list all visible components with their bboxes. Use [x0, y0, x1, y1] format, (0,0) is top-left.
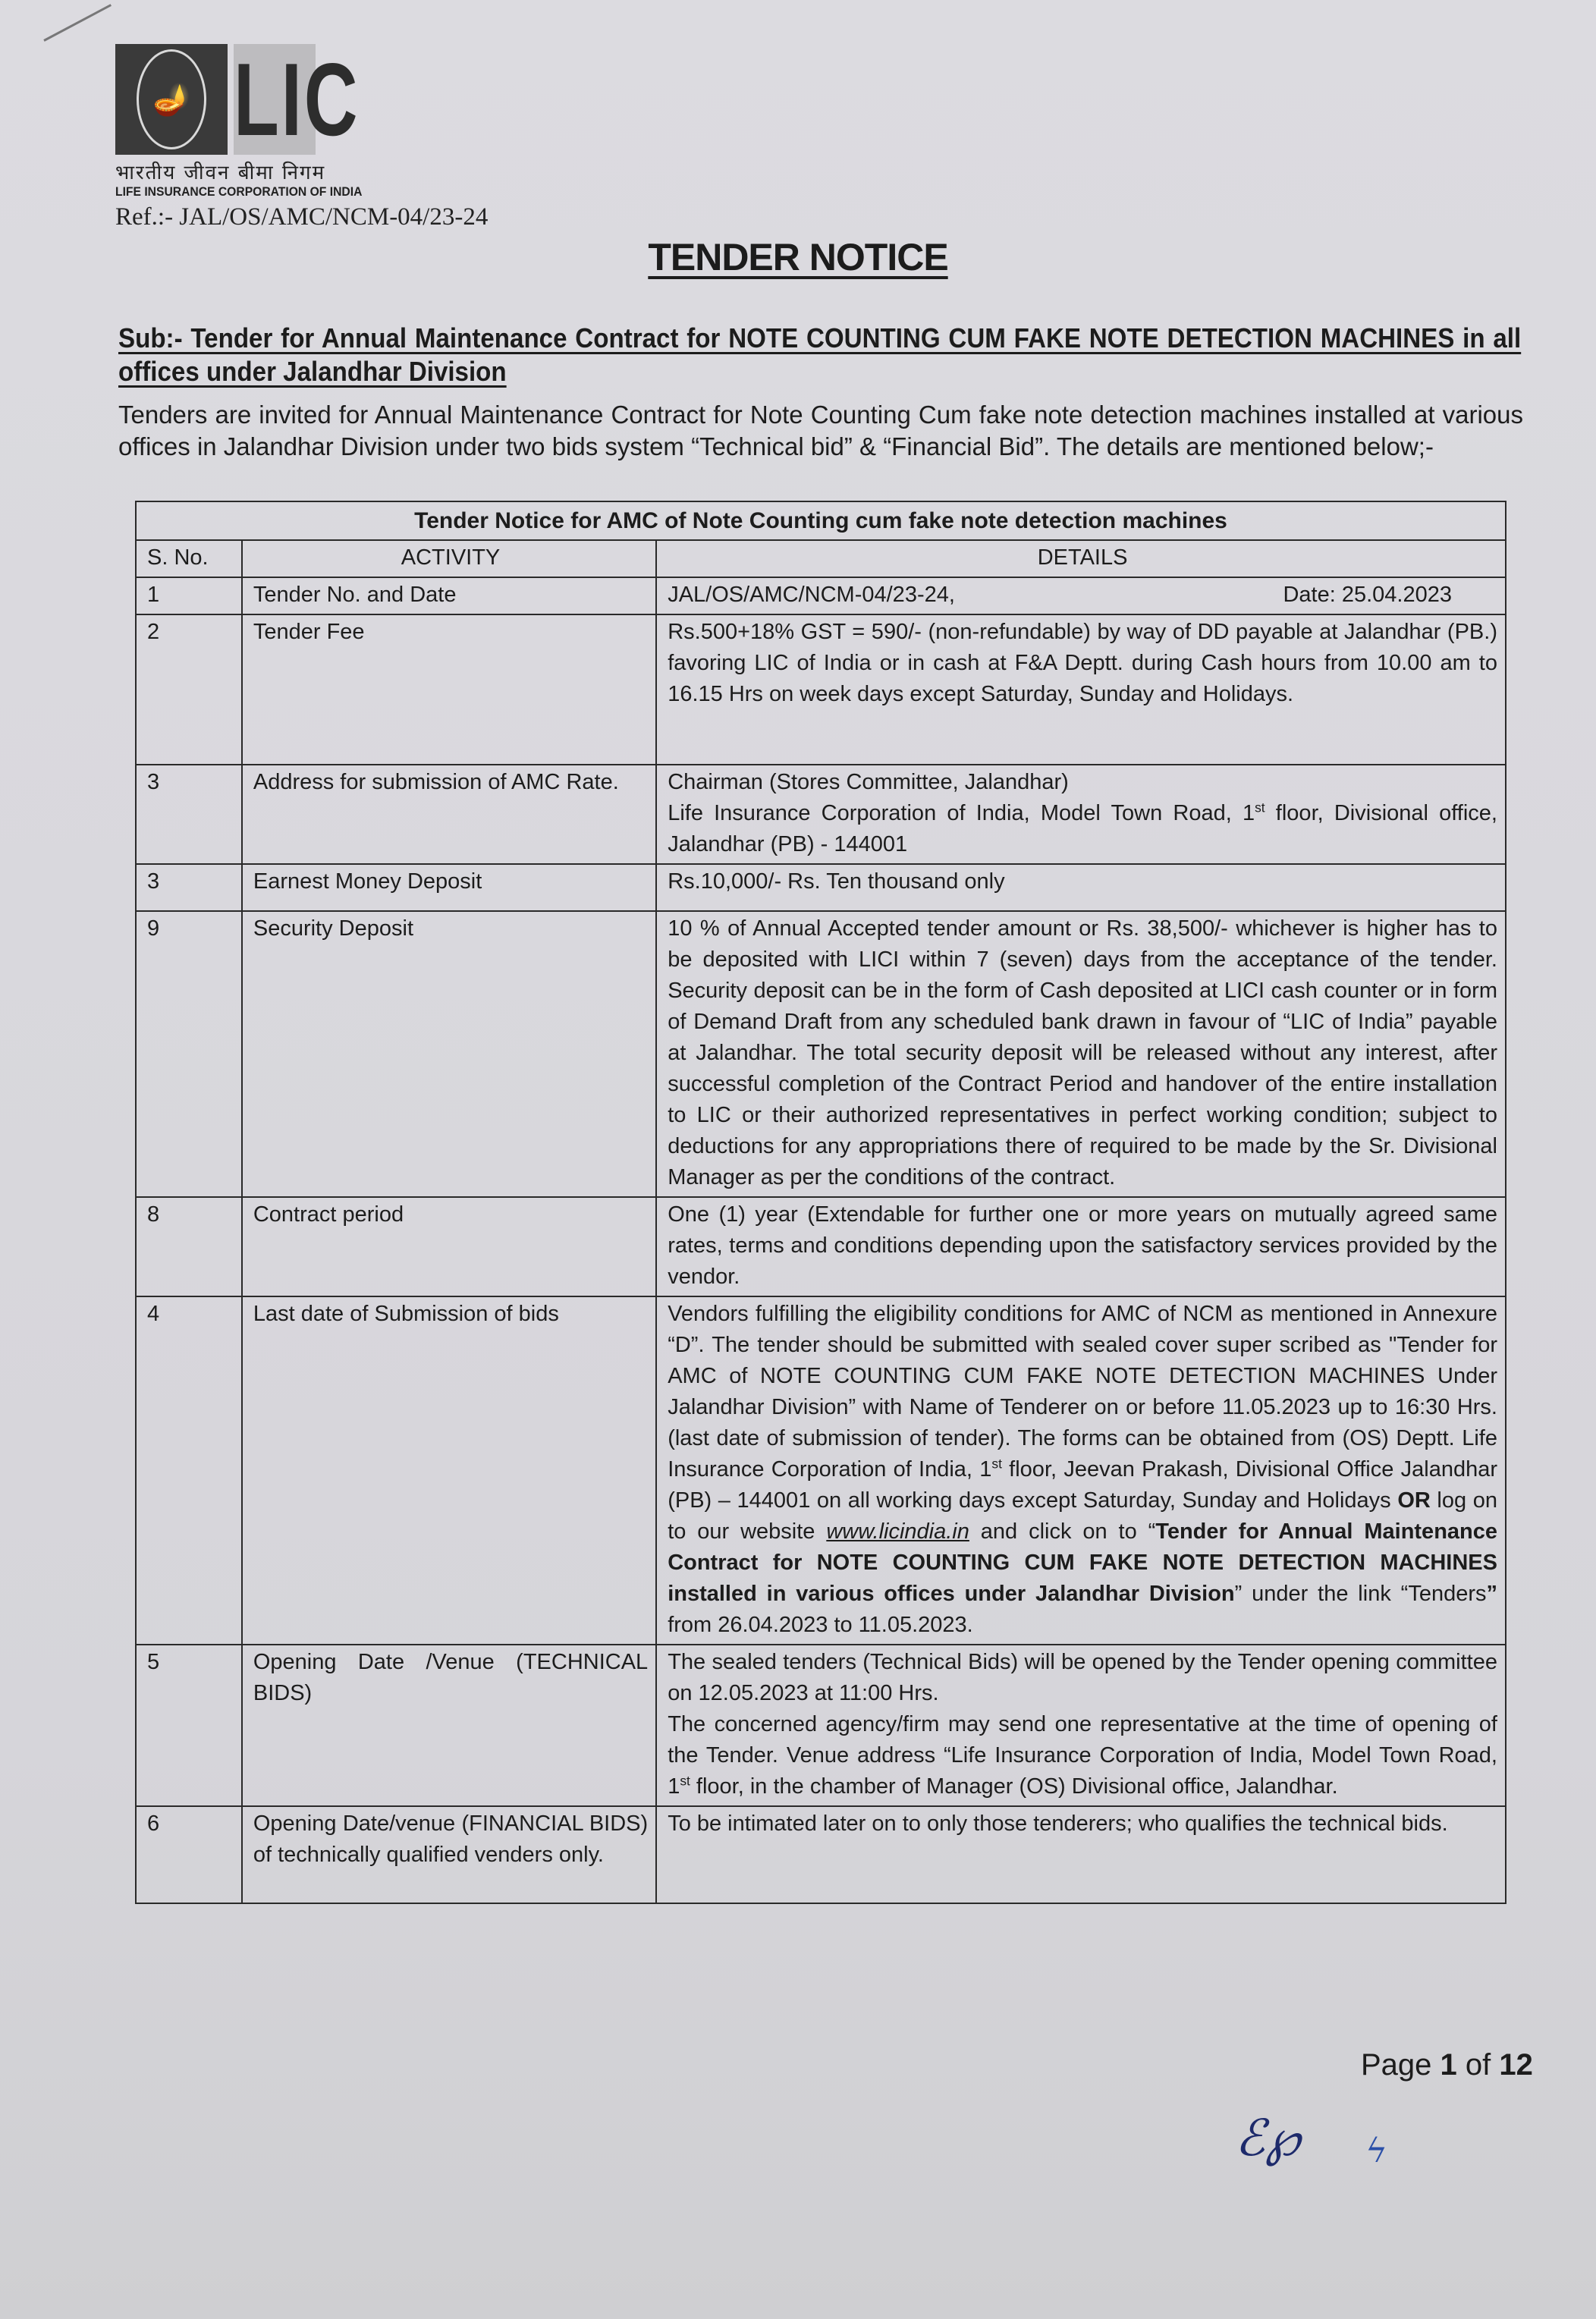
- table-row: 5 Opening Date /Venue (TECHNICAL BIDS) T…: [136, 1645, 1506, 1806]
- row-activity: Opening Date/venue (FINANCIAL BIDS) of t…: [242, 1806, 656, 1903]
- table-caption-row: Tender Notice for AMC of Note Counting c…: [136, 501, 1506, 540]
- row-details: JAL/OS/AMC/NCM-04/23-24, Date: 25.04.202…: [656, 577, 1506, 614]
- tender-date: Date: 25.04.2023: [1283, 580, 1452, 611]
- row-activity: Contract period: [242, 1197, 656, 1296]
- logo-text: LIC: [234, 44, 316, 155]
- table-row: 9 Security Deposit 10 % of Annual Accept…: [136, 911, 1506, 1197]
- table-caption: Tender Notice for AMC of Note Counting c…: [136, 501, 1506, 540]
- ordinal-suffix: st: [1255, 800, 1265, 815]
- page-total: 12: [1499, 2048, 1533, 2082]
- pen-mark: [43, 4, 112, 42]
- details-text: floor, in the chamber of Manager (OS) Di…: [690, 1774, 1338, 1799]
- row-details: To be intimated later on to only those t…: [656, 1806, 1506, 1903]
- row-sno: 1: [136, 577, 242, 614]
- website-link[interactable]: www.licindia.in: [826, 1519, 969, 1544]
- row-details: Rs.10,000/- Rs. Ten thousand only: [656, 864, 1506, 911]
- row-activity: Opening Date /Venue (TECHNICAL BIDS): [242, 1645, 656, 1806]
- quote-mark: ”: [1487, 1582, 1498, 1606]
- row-details: One (1) year (Extendable for further one…: [656, 1197, 1506, 1296]
- page-label: Page: [1361, 2048, 1440, 2082]
- table-row: 3 Address for submission of AMC Rate. Ch…: [136, 765, 1506, 864]
- lic-logo: 🪔 LIC भारतीय जीवन बीमा निगम LIFE INSURAN…: [115, 44, 375, 200]
- tender-number: JAL/OS/AMC/NCM-04/23-24,: [668, 580, 955, 611]
- hands-lamp-icon: 🪔: [137, 49, 206, 149]
- reference-number: Ref.:- JAL/OS/AMC/NCM-04/23-24: [115, 203, 488, 231]
- row-details: The sealed tenders (Technical Bids) will…: [656, 1645, 1506, 1806]
- header-activity: ACTIVITY: [242, 540, 656, 577]
- page-title: TENDER NOTICE: [0, 235, 1596, 279]
- row-activity: Earnest Money Deposit: [242, 864, 656, 911]
- row-details: 10 % of Annual Accepted tender amount or…: [656, 911, 1506, 1197]
- details-text: Vendors fulfilling the eligibility condi…: [668, 1302, 1497, 1482]
- details-paragraph-2: The concerned agency/firm may send one r…: [668, 1709, 1497, 1802]
- header-sno: S. No.: [136, 540, 242, 577]
- row-details: Vendors fulfilling the eligibility condi…: [656, 1296, 1506, 1645]
- row-activity: Address for submission of AMC Rate.: [242, 765, 656, 864]
- table-header-row: S. No. ACTIVITY DETAILS: [136, 540, 1506, 577]
- page-number: Page 1 of 12: [1361, 2048, 1533, 2082]
- ordinal-suffix: st: [680, 1773, 690, 1788]
- lic-emblem-icon: 🪔: [115, 44, 228, 155]
- intro-paragraph: Tenders are invited for Annual Maintenan…: [118, 399, 1523, 463]
- page-of: of: [1457, 2048, 1500, 2082]
- ordinal-suffix: st: [991, 1456, 1002, 1471]
- row-sno: 5: [136, 1645, 242, 1806]
- org-name-english: LIFE INSURANCE CORPORATION OF INDIA: [115, 185, 362, 200]
- table-row: 4 Last date of Submission of bids Vendor…: [136, 1296, 1506, 1645]
- row-sno: 9: [136, 911, 242, 1197]
- address-line-1: Chairman (Stores Committee, Jalandhar): [668, 767, 1497, 798]
- org-name-hindi: भारतीय जीवन बीमा निगम: [115, 158, 375, 185]
- row-sno: 4: [136, 1296, 242, 1645]
- handwritten-signature-1: ℰ℘: [1235, 2109, 1300, 2167]
- table-row: 1 Tender No. and Date JAL/OS/AMC/NCM-04/…: [136, 577, 1506, 614]
- row-sno: 8: [136, 1197, 242, 1296]
- details-text: from 26.04.2023 to 11.05.2023.: [668, 1613, 973, 1637]
- table-row: 3 Earnest Money Deposit Rs.10,000/- Rs. …: [136, 864, 1506, 911]
- row-activity: Tender Fee: [242, 614, 656, 765]
- row-sno: 3: [136, 864, 242, 911]
- row-activity: Last date of Submission of bids: [242, 1296, 656, 1645]
- details-text: ” under the link “Tenders: [1235, 1582, 1487, 1606]
- tender-details-table: Tender Notice for AMC of Note Counting c…: [135, 501, 1506, 1904]
- subject-line: Sub:- Tender for Annual Maintenance Cont…: [118, 322, 1521, 388]
- table-row: 6 Opening Date/venue (FINANCIAL BIDS) of…: [136, 1806, 1506, 1903]
- row-activity: Security Deposit: [242, 911, 656, 1197]
- title-text: TENDER NOTICE: [648, 236, 947, 278]
- row-sno: 6: [136, 1806, 242, 1903]
- row-sno: 2: [136, 614, 242, 765]
- row-details: Rs.500+18% GST = 590/- (non-refundable) …: [656, 614, 1506, 765]
- address-text: Life Insurance Corporation of India, Mod…: [668, 801, 1255, 825]
- address-line-2: Life Insurance Corporation of India, Mod…: [668, 798, 1497, 860]
- header-details: DETAILS: [656, 540, 1506, 577]
- row-sno: 3: [136, 765, 242, 864]
- details-paragraph-1: The sealed tenders (Technical Bids) will…: [668, 1647, 1497, 1709]
- table-row: 2 Tender Fee Rs.500+18% GST = 590/- (non…: [136, 614, 1506, 765]
- details-text: and click on to “: [969, 1519, 1155, 1544]
- page-current: 1: [1440, 2048, 1457, 2082]
- table-row: 8 Contract period One (1) year (Extendab…: [136, 1197, 1506, 1296]
- handwritten-initial-2: ϟ: [1365, 2132, 1387, 2170]
- row-details: Chairman (Stores Committee, Jalandhar) L…: [656, 765, 1506, 864]
- row-activity: Tender No. and Date: [242, 577, 656, 614]
- or-text: OR: [1397, 1488, 1431, 1513]
